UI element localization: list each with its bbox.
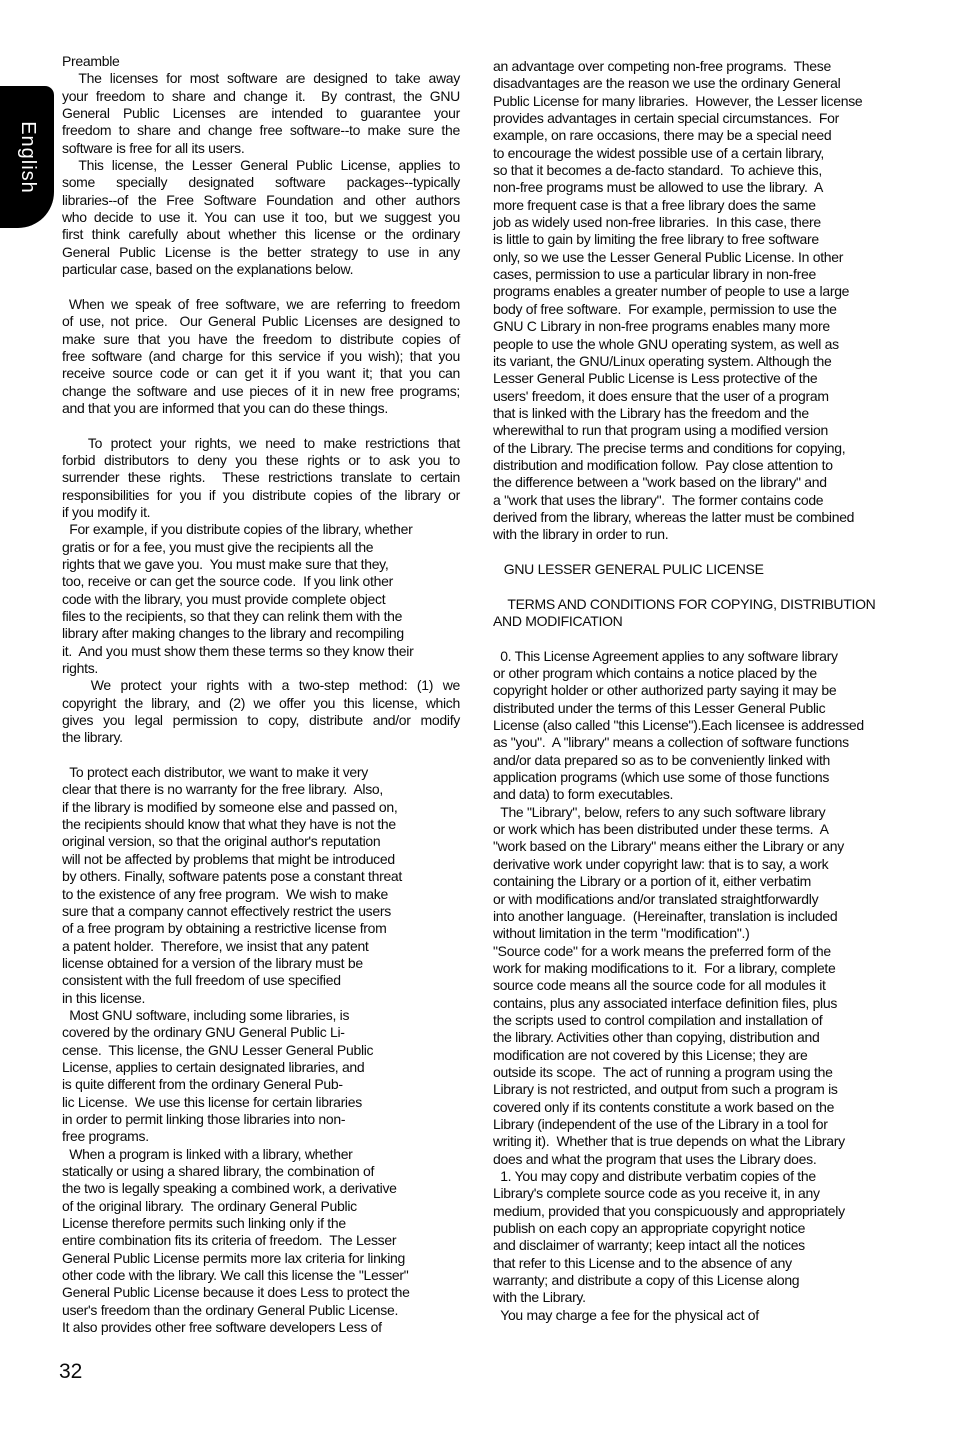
text-line: some specially designated software packa… [62,174,460,191]
text-line: free programs. [62,1128,460,1145]
text-line: distribution and modification follow. Pa… [493,457,905,474]
text-line: The licenses for most software are desig… [62,70,460,87]
text-line: "work based on the Library" means either… [493,838,905,855]
paragraph-gap [493,544,905,561]
paragraph: For example, if you distribute copies of… [62,521,460,677]
paragraph: 1. You may copy and distribute verbatim … [493,1168,905,1307]
paragraph: When a program is linked with a library,… [62,1146,460,1337]
paragraph: The "Library", below, refers to any such… [493,804,905,1168]
text-line: people to use the whole GNU operating sy… [493,336,905,353]
text-line: License, applies to certain designated l… [62,1059,460,1076]
text-line: This license, the Lesser General Public … [62,157,460,174]
text-line: Library's complete source code as you re… [493,1185,905,1202]
paragraph: TERMS AND CONDITIONS FOR COPYING, DISTRI… [493,596,905,631]
text-line: General Public License is the better str… [62,244,460,261]
text-line: rights. [62,660,460,677]
paragraph-gap [493,578,905,595]
paragraph: To protect each distributor, we want to … [62,764,460,1007]
paragraph: You may charge a fee for the physical ac… [493,1307,905,1324]
text-line: forbid distributors to deny you these ri… [62,452,460,469]
text-line: library after making changes to the libr… [62,625,460,642]
text-line: contains, plus any associated interface … [493,995,905,1012]
text-line: so that it becomes a de-facto standard. … [493,162,905,179]
text-line: 0. This License Agreement applies to any… [493,648,905,665]
text-line: free software (and charge for this servi… [62,348,460,365]
text-line: into another language. (Hereinafter, tra… [493,908,905,925]
right-column: an advantage over competing non-free pro… [493,58,905,1324]
text-line: It also provides other free software dev… [62,1319,460,1336]
text-line: non-free programs must be allowed to use… [493,179,905,196]
text-line: covered by the ordinary GNU General Publ… [62,1024,460,1041]
text-line: software is free for all its users. [62,140,460,157]
text-line: work for making modifications to it. For… [493,960,905,977]
text-line: "Source code" for a work means the prefe… [493,943,905,960]
text-line: with the Library. [493,1289,905,1306]
text-line: to encourage the widest possible use of … [493,145,905,162]
text-line: is quite different from the ordinary Gen… [62,1076,460,1093]
text-line: We protect your rights with a two-step m… [62,677,460,694]
text-line: rights that we gave you. You must make s… [62,556,460,573]
text-line: copyright holder or other authorized par… [493,682,905,699]
text-line: 1. You may copy and distribute verbatim … [493,1168,905,1185]
text-line: is little to gain by limiting the free l… [493,231,905,248]
text-line: more frequent case is that a free librar… [493,197,905,214]
text-line: application programs (which use some of … [493,769,905,786]
text-line: For example, if you distribute copies of… [62,521,460,538]
text-line: files to the recipients, so that they ca… [62,608,460,625]
text-line: programs enables a greater number of peo… [493,283,905,300]
text-line: with the library in order to run. [493,526,905,543]
text-line: by others. Finally, software patents pos… [62,868,460,885]
text-line: a patent holder. Therefore, we insist th… [62,938,460,955]
text-line: License therefore permits such linking o… [62,1215,460,1232]
text-line: your freedom to share and change it. By … [62,88,460,105]
text-line: To protect each distributor, we want to … [62,764,460,781]
text-line: writing it). Whether that is true depend… [493,1133,905,1150]
text-line: disadvantages are the reason we use the … [493,75,905,92]
language-tab-label: English [16,121,39,194]
text-line: in order to permit linking those librari… [62,1111,460,1128]
text-line: gives you legal permission to copy, dist… [62,712,460,729]
text-line: consistent with the full freedom of use … [62,972,460,989]
text-line: a "work that uses the library". The form… [493,492,905,509]
page-number: 32 [59,1360,82,1384]
text-line: outside its scope. The act of running a … [493,1064,905,1081]
text-line: who decide to use it. You can use it too… [62,209,460,226]
paragraph-gap [493,630,905,647]
text-line: libraries--of the Free Software Foundati… [62,192,460,209]
text-line: does and what the program that uses the … [493,1151,905,1168]
text-line: medium, provided that you conspicuously … [493,1203,905,1220]
text-line: When a program is linked with a library,… [62,1146,460,1163]
text-line: Most GNU software, including some librar… [62,1007,460,1024]
text-line: responsibilities for you if you distribu… [62,487,460,504]
text-line: To protect your rights, we need to make … [62,435,460,452]
text-line: source code means all the source code fo… [493,977,905,994]
text-line: if you modify it. [62,504,460,521]
text-line: the scripts used to control compilation … [493,1012,905,1029]
paragraph: We protect your rights with a two-step m… [62,677,460,746]
text-line: of the Library. The precise terms and co… [493,440,905,457]
text-line: an advantage over competing non-free pro… [493,58,905,75]
paragraph: The licenses for most software are desig… [62,70,460,157]
paragraph: This license, the Lesser General Public … [62,157,460,278]
text-line: GNU C Library in non-free programs enabl… [493,318,905,335]
text-line: Library (independent of the use of the L… [493,1116,905,1133]
text-line: containing the Library or a portion of i… [493,873,905,890]
text-line: example, on rare occasions, there may be… [493,127,905,144]
text-line: user's freedom than the ordinary General… [62,1302,460,1319]
text-line: derivative work under copyright law: tha… [493,856,905,873]
text-line: modification are not covered by this Lic… [493,1047,905,1064]
text-line: if the library is modified by someone el… [62,799,460,816]
text-line: lic License. We use this license for cer… [62,1094,460,1111]
text-line: first think carefully about whether this… [62,226,460,243]
text-line: license obtained for a version of the li… [62,955,460,972]
text-line: The "Library", below, refers to any such… [493,804,905,821]
text-line: surrender these rights. These restrictio… [62,469,460,486]
paragraph: To protect your rights, we need to make … [62,435,460,522]
text-line: distributed under the terms of this Less… [493,700,905,717]
text-line: freedom to share and change free softwar… [62,122,460,139]
text-line: entire combination fits its criteria of … [62,1232,460,1249]
text-line: Preamble [62,53,460,70]
text-line: publish on each copy an appropriate copy… [493,1220,905,1237]
text-line: the library. Activities other than copyi… [493,1029,905,1046]
text-line: body of free software. For example, perm… [493,301,905,318]
text-line: make sure that you have the freedom to d… [62,331,460,348]
language-tab-english: English [0,86,54,228]
text-line: Public License for many libraries. Howev… [493,93,905,110]
text-line: receive source code or can get it if you… [62,365,460,382]
text-line: the two is legally speaking a combined w… [62,1180,460,1197]
text-line: change the software and use pieces of it… [62,383,460,400]
text-line: other code with the library. We call thi… [62,1267,460,1284]
text-line: covered only if its contents constitute … [493,1099,905,1116]
text-line: of the original library. The ordinary Ge… [62,1198,460,1215]
text-line: When we speak of free software, we are r… [62,296,460,313]
paragraph-gap [62,417,460,434]
text-line: sure that a company cannot effectively r… [62,903,460,920]
text-line: clear that there is no warranty for the … [62,781,460,798]
text-line: the library. [62,729,460,746]
text-line: copyright the library, and (2) we offer … [62,695,460,712]
text-line: General Public License because it does L… [62,1284,460,1301]
text-line: or with modifications and/or translated … [493,891,905,908]
text-line: without limitation in the term "modifica… [493,925,905,942]
paragraph: 0. This License Agreement applies to any… [493,648,905,804]
text-line: in this license. [62,990,460,1007]
text-line: that is linked with the Library has the … [493,405,905,422]
text-line: GNU LESSER GENERAL PULIC LICENSE [493,561,905,578]
text-line: General Public License permits more lax … [62,1250,460,1267]
text-line: cases, permission to use a particular li… [493,266,905,283]
text-line: job as widely used non-free libraries. I… [493,214,905,231]
text-line: License (also called "this License").Eac… [493,717,905,734]
text-line: wherewithal to run that program using a … [493,422,905,439]
paragraph-gap [62,747,460,764]
text-line: of a free program by obtaining a restric… [62,920,460,937]
text-line: statically or using a shared library, th… [62,1163,460,1180]
text-line: of use, not price. Our General Public Li… [62,313,460,330]
text-line: Library is not restricted, and output fr… [493,1081,905,1098]
text-line: General Public Licenses are intended to … [62,105,460,122]
text-line: code with the library, you must provide … [62,591,460,608]
text-line: or work which has been distributed under… [493,821,905,838]
text-line: the recipients should know that what the… [62,816,460,833]
text-line: derived from the library, whereas the la… [493,509,905,526]
paragraph: an advantage over competing non-free pro… [493,58,905,544]
text-line: TERMS AND CONDITIONS FOR COPYING, DISTRI… [493,596,905,613]
text-line: its variant, the GNU/Linux operating sys… [493,353,905,370]
text-line: as "you". A "library" means a collection… [493,734,905,751]
text-line: Lesser General Public License is Less pr… [493,370,905,387]
text-line: that refer to this License and to the ab… [493,1255,905,1272]
paragraph: When we speak of free software, we are r… [62,296,460,417]
text-line: You may charge a fee for the physical ac… [493,1307,905,1324]
paragraph: GNU LESSER GENERAL PULIC LICENSE [493,561,905,578]
paragraph-gap [62,278,460,295]
text-line: or other program which contains a notice… [493,665,905,682]
paragraph: Preamble [62,53,460,70]
text-line: gratis or for a fee, you must give the r… [62,539,460,556]
text-line: provides advantages in certain special c… [493,110,905,127]
paragraph: Most GNU software, including some librar… [62,1007,460,1146]
text-line: it. And you must show them these terms s… [62,643,460,660]
text-line: particular case, based on the explanatio… [62,261,460,278]
text-line: the difference between a "work based on … [493,474,905,491]
text-line: and that you are informed that you can d… [62,400,460,417]
text-line: and data) to form executables. [493,786,905,803]
text-line: only, so we use the Lesser General Publi… [493,249,905,266]
text-line: warranty; and distribute a copy of this … [493,1272,905,1289]
text-line: and disclaimer of warranty; keep intact … [493,1237,905,1254]
text-line: users' freedom, it does ensure that the … [493,388,905,405]
text-line: original version, so that the original a… [62,833,460,850]
text-line: cense. This license, the GNU Lesser Gene… [62,1042,460,1059]
text-line: will not be affected by problems that mi… [62,851,460,868]
text-line: AND MODIFICATION [493,613,905,630]
text-line: too, receive or can get the source code.… [62,573,460,590]
text-line: to the existence of any free program. We… [62,886,460,903]
text-line: and/or data prepared so as to be conveni… [493,752,905,769]
left-column: Preamble The licenses for most software … [62,53,460,1336]
